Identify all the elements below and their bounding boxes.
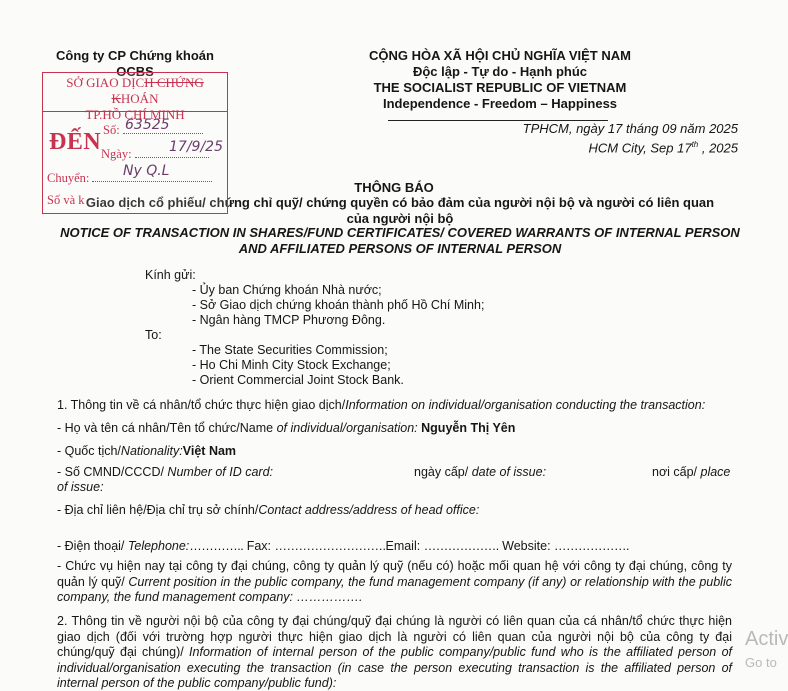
- date-vi: TPHCM, ngày 17 tháng 09 năm 2025: [523, 121, 738, 137]
- stamp-sign-field: Số và k: [47, 193, 85, 208]
- stamp-organization: SỞ GIAO DỊCH CHỨNG KHOÁN TP.HỒ CHÍ MINH: [43, 73, 227, 112]
- received-stamp: SỞ GIAO DỊCH CHỨNG KHOÁN TP.HỒ CHÍ MINH …: [42, 72, 228, 214]
- motto-vi: Độc lập - Tự do - Hạnh phúc: [350, 64, 650, 80]
- recipients-label-vi: Kính gửi:: [145, 268, 196, 284]
- recipient-en: - Orient Commercial Joint Stock Bank.: [192, 373, 404, 389]
- date-en: HCM City, Sep 17th , 2025: [523, 137, 738, 156]
- national-header: CỘNG HÒA XÃ HỘI CHỦ NGHĨA VIỆT NAM Độc l…: [350, 48, 650, 112]
- motto-en: Independence - Freedom – Happiness: [350, 96, 650, 112]
- nationality-row: - Quốc tịch/Nationality:Việt Nam: [57, 444, 732, 460]
- company-line-1: Công ty CP Chứng khoán: [40, 48, 230, 64]
- recipient-en: - The State Securities Commission;: [192, 343, 388, 359]
- document-date: TPHCM, ngày 17 tháng 09 năm 2025 HCM Cit…: [523, 121, 738, 156]
- section-1-heading: 1. Thông tin về cá nhân/tổ chức thực hiệ…: [57, 398, 732, 414]
- position-row: - Chức vụ hiện nay tại công ty đại chúng…: [57, 559, 732, 606]
- recipients-label-en: To:: [145, 328, 162, 344]
- issue-date-label: ngày cấp/ date of issue:: [414, 465, 546, 481]
- nationality-value: Việt Nam: [183, 444, 236, 458]
- section-2-text: 2. Thông tin về người nội bộ của công ty…: [57, 614, 732, 691]
- issue-place-label: nơi cấp/ place: [652, 465, 730, 481]
- individual-name-row: - Họ và tên cá nhân/Tên tổ chức/Name of …: [57, 421, 732, 437]
- nation-vi: CỘNG HÒA XÃ HỘI CHỦ NGHĨA VIỆT NAM: [350, 48, 650, 64]
- address-row: - Địa chỉ liên hệ/Địa chỉ trụ sở chính/C…: [57, 503, 732, 519]
- id-card-row: - Số CMND/CCCD/ Number of ID card: ngày …: [57, 465, 732, 497]
- stamp-date-value: 17/9/25: [169, 139, 223, 155]
- activation-watermark-title: Activ: [745, 628, 788, 651]
- recipient-vi: - Ngân hàng TMCP Phương Đông.: [192, 313, 385, 329]
- individual-name-value: Nguyễn Thị Yên: [421, 421, 515, 435]
- notice-subtitle-en: NOTICE OF TRANSACTION IN SHARES/FUND CER…: [40, 225, 760, 257]
- recipient-vi: - Ủy ban Chứng khoán Nhà nước;: [192, 283, 382, 299]
- contact-row: - Điện thoại/ Telephone:………….. Fax: ……………: [57, 539, 732, 555]
- nation-en: THE SOCIALIST REPUBLIC OF VIETNAM: [350, 80, 650, 96]
- stamp-number-value: 63525: [125, 117, 170, 133]
- recipient-en: - Ho Chi Minh City Stock Exchange;: [192, 358, 391, 374]
- stamp-received-label: ĐẾN: [49, 129, 101, 156]
- recipient-vi: - Sở Giao dịch chứng khoán thành phố Hồ …: [192, 298, 484, 314]
- activation-watermark-subtitle: Go to: [745, 655, 777, 670]
- stamp-forward-value: Ny Q.L: [123, 163, 169, 179]
